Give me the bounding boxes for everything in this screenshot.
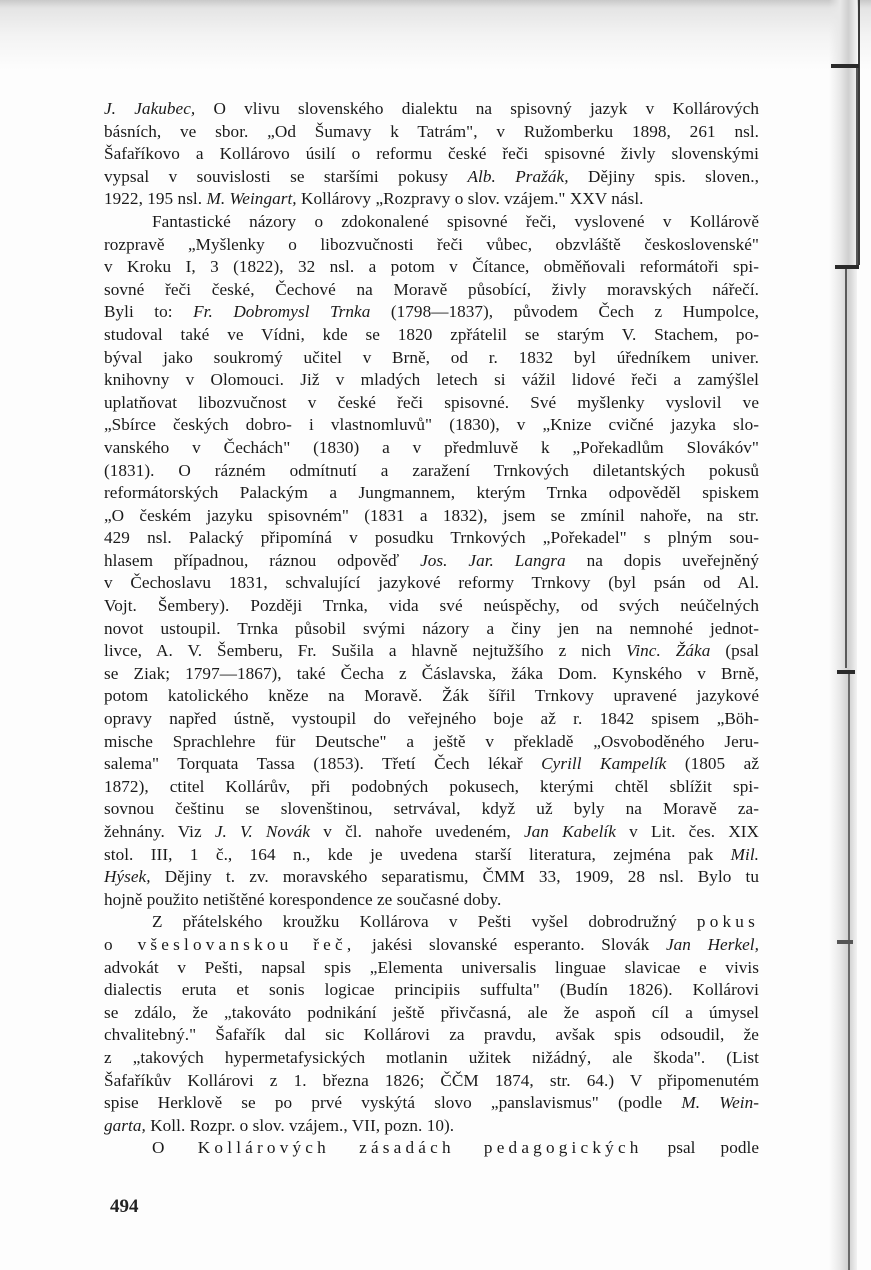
italic-reference: Jos. Jar. Langra — [420, 551, 566, 570]
text-line: „O českém jazyku spisovném" (1831 a 1832… — [104, 505, 759, 528]
book-binding-edge — [811, 0, 871, 1270]
text-run: v čl. nahoře uvedeném, — [310, 822, 524, 841]
text-run: Koll. Rozpr. o slov. vzájem., VII, pozn.… — [146, 1116, 454, 1135]
text-line: vanského v Čechách" (1830) a v předmluvě… — [104, 437, 759, 460]
text-run: livce, A. V. Šemberu, Fr. Sušila a hlavn… — [104, 641, 626, 660]
text-line: O Kollárových zásadách pedagogických psa… — [104, 1137, 759, 1160]
text-run: sovné řeči české, Čechové na Moravě půso… — [104, 280, 759, 299]
text-run: hojně použito netištěné korespondence ze… — [104, 890, 501, 909]
page-edge-line — [856, 65, 858, 265]
text-run: (1805 až — [666, 754, 759, 773]
text-line: spise Herklově se po prvé vyskýtá slovo … — [104, 1092, 759, 1115]
paragraph: Fantastické názory o zdokonalené spisovn… — [104, 211, 759, 911]
text-run: psal podle — [643, 1138, 759, 1157]
italic-reference: Mil. — [731, 845, 759, 864]
text-run: chvalitebný." Šafařík dal sic Kollárovi … — [104, 1025, 759, 1044]
text-run: Vojt. Šembery). Později Trnka, vida své … — [104, 596, 759, 615]
text-run: vypsal v souvislosti se staršími pokusy — [104, 167, 467, 186]
italic-reference: Jan Kabelík — [524, 822, 616, 841]
text-line: hlasem případnou, ráznou odpověď Jos. Ja… — [104, 550, 759, 573]
text-run: opravy napřed ústně, vystoupil do veřejn… — [104, 709, 759, 728]
italic-reference: garta, — [104, 1116, 146, 1135]
text-run: mische Sprachlehre für Deutsche" a ještě… — [104, 732, 759, 751]
text-line: reformátorských Palackým a Jungmannem, k… — [104, 482, 759, 505]
text-line: v Čechoslavu 1831, schvalující jazykové … — [104, 572, 759, 595]
italic-reference: Vinc. Žáka — [626, 641, 710, 660]
spaced-emphasis: O Kollárových zásadách pedagogických — [152, 1138, 643, 1157]
text-line: o všeslovanskou řeč, jakési slovanské es… — [104, 934, 759, 957]
text-run: 1872), ctitel Kollárův, při podobných po… — [104, 777, 759, 796]
text-run: Byli to: — [104, 302, 193, 321]
text-line: 429 nsl. Palacký připomíná v posudku Trn… — [104, 527, 759, 550]
text-line: Z přátelského kroužku Kollárova v Pešti … — [104, 911, 759, 934]
text-run: salema" Torquata Tassa (1853). Třetí Čec… — [104, 754, 541, 773]
text-run: z „takových hypermetafysických motlanin … — [104, 1048, 759, 1067]
text-line: mische Sprachlehre für Deutsche" a ještě… — [104, 731, 759, 754]
text-line: z „takových hypermetafysických motlanin … — [104, 1047, 759, 1070]
spaced-emphasis: o všeslovanskou řeč, — [104, 935, 355, 954]
text-line: žehnány. Viz J. V. Novák v čl. nahoře uv… — [104, 821, 759, 844]
text-line: básních, ve sbor. „Od Šumavy k Tatrám", … — [104, 121, 759, 144]
text-line: chvalitebný." Šafařík dal sic Kollárovi … — [104, 1024, 759, 1047]
text-line: advokát v Pešti, napsal spis „Elementa u… — [104, 957, 759, 980]
page-edge-tab — [837, 670, 855, 674]
italic-reference: M. Weingart, — [206, 189, 296, 208]
text-run: Šafaříkův Kollárovi z 1. března 1826; ČČ… — [104, 1071, 759, 1090]
text-line: Byli to: Fr. Dobromysl Trnka (1798—1837)… — [104, 301, 759, 324]
text-line: Vojt. Šembery). Později Trnka, vida své … — [104, 595, 759, 618]
text-run: „Sbírce českých dobro- i vlastnomluvů" (… — [104, 415, 759, 434]
text-line: studoval také ve Vídni, kde se 1820 zpřá… — [104, 324, 759, 347]
text-run: Z přátelského kroužku Kollárova v Pešti … — [152, 912, 697, 931]
text-run: žehnány. Viz — [104, 822, 215, 841]
text-run: Dějiny t. zv. moravského separatismu, ČM… — [151, 867, 759, 886]
page-body-text: J. Jakubec, O vlivu slovenského dialektu… — [104, 98, 759, 1160]
spaced-emphasis: pokus — [697, 912, 759, 931]
text-run: v Lit. čes. XIX — [616, 822, 759, 841]
text-run: dialectis eruta et sonis logicae princip… — [104, 980, 759, 999]
text-run: Dějiny spis. sloven., — [569, 167, 759, 186]
page-top-shadow — [0, 0, 871, 70]
text-line: livce, A. V. Šemberu, Fr. Sušila a hlavn… — [104, 640, 759, 663]
text-line: garta, Koll. Rozpr. o slov. vzájem., VII… — [104, 1115, 759, 1138]
text-run: „O českém jazyku spisovném" (1831 a 1832… — [104, 506, 759, 525]
text-line: (1831). O rázném odmítnutí a zaražení Tr… — [104, 460, 759, 483]
text-line: novot ustoupil. Trnka působil svými názo… — [104, 618, 759, 641]
page-edge-line — [858, 0, 860, 265]
text-line: knihovny v Olomouci. Již v mladých letec… — [104, 369, 759, 392]
text-line: býval jako soukromý učitel v Brně, od r.… — [104, 347, 759, 370]
text-line: vypsal v souvislosti se staršími pokusy … — [104, 166, 759, 189]
text-run: novot ustoupil. Trnka působil svými názo… — [104, 619, 759, 638]
text-line: opravy napřed ústně, vystoupil do veřejn… — [104, 708, 759, 731]
binding-shadow — [829, 0, 857, 1270]
italic-reference: J. V. Novák — [215, 822, 310, 841]
page-number: 494 — [110, 1196, 139, 1218]
text-line: Hýsek, Dějiny t. zv. moravského separati… — [104, 866, 759, 889]
text-run: v Čechoslavu 1831, schvalující jazykové … — [104, 573, 759, 592]
text-line: 1922, 195 nsl. M. Weingart, Kollárovy „R… — [104, 188, 759, 211]
text-run: reformátorských Palackým a Jungmannem, k… — [104, 483, 759, 502]
text-run: sovnou češtinu se slovenštinou, setrváva… — [104, 799, 759, 818]
text-run: vanského v Čechách" (1830) a v předmluvě… — [104, 438, 759, 457]
paragraph: J. Jakubec, O vlivu slovenského dialektu… — [104, 98, 759, 211]
text-line: sovnou češtinu se slovenštinou, setrváva… — [104, 798, 759, 821]
text-line: v Kroku I, 3 (1822), 32 nsl. a potom v Č… — [104, 256, 759, 279]
text-run: O vlivu slovenského dialektu na spisovný… — [195, 99, 759, 118]
text-run: Kollárovy „Rozpravy o slov. vzájem." XXV… — [297, 189, 644, 208]
paragraph: Z přátelského kroužku Kollárova v Pešti … — [104, 911, 759, 1137]
text-line: hojně použito netištěné korespondence ze… — [104, 889, 759, 912]
text-line: Šafaříkův Kollárovi z 1. března 1826; ČČ… — [104, 1070, 759, 1093]
text-line: uplatňovat libozvučnost v české řeči spi… — [104, 392, 759, 415]
text-line: Šafaříkovo a Kollárovo úsilí o reformu č… — [104, 143, 759, 166]
text-line: rozpravě „Myšlenky o libozvučnosti řeči … — [104, 234, 759, 257]
italic-reference: Alb. Pražák, — [467, 167, 568, 186]
text-line: salema" Torquata Tassa (1853). Třetí Čec… — [104, 753, 759, 776]
page-edge-tab — [831, 64, 859, 68]
page-edge-tab — [835, 265, 859, 269]
text-run: knihovny v Olomouci. Již v mladých letec… — [104, 370, 759, 389]
text-run: hlasem případnou, ráznou odpověď — [104, 551, 420, 570]
text-run: (1831). O rázném odmítnutí a zaražení Tr… — [104, 461, 759, 480]
text-run: v Kroku I, 3 (1822), 32 nsl. a potom v Č… — [104, 257, 759, 276]
italic-reference: M. Wein- — [681, 1093, 759, 1112]
italic-reference: Fr. Dobromysl Trnka — [193, 302, 370, 321]
text-line: potom katolického kněze na Moravě. Žák š… — [104, 685, 759, 708]
text-line: se zdálo, že „takováto podnikání ještě p… — [104, 1002, 759, 1025]
text-line: J. Jakubec, O vlivu slovenského dialektu… — [104, 98, 759, 121]
text-run: jakési slovanské esperanto. Slovák — [355, 935, 666, 954]
text-run: na dopis uveřejněný — [566, 551, 759, 570]
page-edge-line — [848, 672, 850, 1270]
italic-reference: Hýsek, — [104, 867, 151, 886]
text-line: dialectis eruta et sonis logicae princip… — [104, 979, 759, 1002]
text-run: (psal — [710, 641, 759, 660]
italic-reference: Jan Herkel, — [666, 935, 759, 954]
text-run: se Ziak; 1797—1867), také Čecha z Čáslav… — [104, 664, 759, 683]
text-line: „Sbírce českých dobro- i vlastnomluvů" (… — [104, 414, 759, 437]
text-line: 1872), ctitel Kollárův, při podobných po… — [104, 776, 759, 799]
text-run: Fantastické názory o zdokonalené spisovn… — [152, 212, 759, 231]
italic-reference: J. Jakubec, — [104, 99, 195, 118]
text-run: básních, ve sbor. „Od Šumavy k Tatrám", … — [104, 122, 759, 141]
text-run: potom katolického kněze na Moravě. Žák š… — [104, 686, 759, 705]
text-run: býval jako soukromý učitel v Brně, od r.… — [104, 348, 759, 367]
text-run: 1922, 195 nsl. — [104, 189, 206, 208]
text-run: (1798—1837), původem Čech z Humpolce, — [370, 302, 759, 321]
paragraph: O Kollárových zásadách pedagogických psa… — [104, 1137, 759, 1160]
text-run: stol. III, 1 č., 164 n., kde je uvedena … — [104, 845, 731, 864]
text-line: stol. III, 1 č., 164 n., kde je uvedena … — [104, 844, 759, 867]
text-run: spise Herklově se po prvé vyskýtá slovo … — [104, 1093, 681, 1112]
text-line: Fantastické názory o zdokonalené spisovn… — [104, 211, 759, 234]
text-run: advokát v Pešti, napsal spis „Elementa u… — [104, 958, 759, 977]
page-edge-tab — [837, 940, 853, 944]
text-line: se Ziak; 1797—1867), také Čecha z Čáslav… — [104, 663, 759, 686]
text-line: sovné řeči české, Čechové na Moravě půso… — [104, 279, 759, 302]
text-run: uplatňovat libozvučnost v české řeči spi… — [104, 393, 759, 412]
text-run: Šafaříkovo a Kollárovo úsilí o reformu č… — [104, 144, 759, 163]
text-run: rozpravě „Myšlenky o libozvučnosti řeči … — [104, 235, 759, 254]
italic-reference: Cyrill Kampelík — [541, 754, 666, 773]
page-edge-line — [845, 268, 847, 668]
text-run: se zdálo, že „takováto podnikání ještě p… — [104, 1003, 759, 1022]
text-run: 429 nsl. Palacký připomíná v posudku Trn… — [104, 528, 759, 547]
text-run: studoval také ve Vídni, kde se 1820 zpřá… — [104, 325, 759, 344]
